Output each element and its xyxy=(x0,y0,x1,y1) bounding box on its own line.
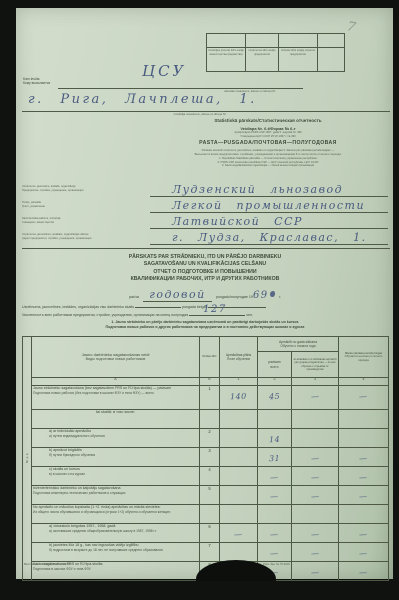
row-sublabel: tai skaitā: в том числе: xyxy=(32,410,200,429)
headcount-block: Uzņēmuma, jaunceltnes, iestādes, organiz… xyxy=(22,303,390,317)
table-row: a) vidusskolu beigušas 1957., 1958. gadā… xyxy=(23,524,389,543)
value-handwriting: — xyxy=(270,549,279,558)
training-table: Nr. p. k. Jauno darbinieku sagatavošanas… xyxy=(22,336,389,581)
table-row: No apmācīto un mācošos kopskaita (1.+2. … xyxy=(23,505,389,524)
table-row: Inženiertehnisko darbinieku un kalpotāju… xyxy=(23,486,389,505)
period-year-handwriting: 69 xyxy=(253,290,269,301)
value-handwriting: — xyxy=(311,568,320,577)
org-field-row: Saimnieciskā padome, ministrijaСовнархоз… xyxy=(22,215,390,231)
value-handwriting: — xyxy=(270,530,279,539)
row-label: No apmācīto un mācošos kopskaita (1.+2. … xyxy=(32,505,200,524)
org-fields: Uzņēmums, jaunceltne, iestāde, organizāc… xyxy=(22,183,390,247)
code-box-label: uzņēmuma šifrs шифр предприятия xyxy=(246,48,278,71)
addressee-handwriting: ЦСУ xyxy=(142,62,186,80)
value-cell: — xyxy=(258,486,292,505)
row-code: 5 xyxy=(200,486,220,505)
code-box-entry-cell xyxy=(246,34,278,48)
value-handwriting: — xyxy=(311,530,320,539)
training-table-wrap: Nr. p. k. Jauno darbinieku sagatavošanas… xyxy=(22,336,388,581)
headcount-lv-a: Uzņēmuma, jaunceltnes, iestādes, organiz… xyxy=(22,305,134,309)
scanned-form-page: { "colors": { "paper": "#c7d4c0", "frame… xyxy=(0,0,399,600)
value-cell xyxy=(220,543,258,562)
headcount-line-ru: Численность всех работников предприятия,… xyxy=(22,311,390,318)
col-letter: 2 xyxy=(258,378,292,386)
address-caption: nosūtītāja nosaukums, adrese un tālruņa … xyxy=(60,113,340,117)
org-field-label: Trests, pārvaldeТрест, управление xyxy=(22,201,154,208)
value-handwriting: — xyxy=(270,473,279,482)
value-cell: 140 xyxy=(220,386,258,410)
value-handwriting: — xyxy=(359,492,368,501)
value-handwriting: — xyxy=(270,492,279,501)
period-mid: pusgadu/полугодие 19 xyxy=(216,295,253,299)
value-handwriting: 45 xyxy=(269,392,280,401)
code-box-entry-cell xyxy=(318,34,344,48)
row-label-ru: б) подростков в возрасте до 18 лет, не п… xyxy=(33,548,198,552)
value-handwriting: — xyxy=(311,454,320,463)
statistical-report-label: Statistiskā pārskats/Статистическая отче… xyxy=(150,118,386,124)
row-label: Inženiertehnisko darbinieku un kalpotāju… xyxy=(32,486,200,505)
footer-print-info: Bezmaksas. al 300034-VI 10 — 10 000 xyxy=(24,563,71,567)
org-field-line: Лудзенский льнозавод xyxy=(150,182,388,197)
col-header-studying-ru: Обучается на конец отчетного периода xyxy=(340,355,387,362)
col-letter: Б xyxy=(200,378,220,386)
org-field-row: Uzņēmums, jaunceltne, iestāde, organizāc… xyxy=(22,183,390,199)
submission-recipient-line: 3. Savai augstākstāvošai organizācijai —… xyxy=(150,164,386,168)
row-label-ru: а) окончивших среднюю общеобразовательну… xyxy=(33,529,198,533)
value-cell xyxy=(292,429,339,448)
address-line xyxy=(22,111,390,112)
code-box-column xyxy=(317,34,344,71)
row-label-ru: Подготовка новых рабочих (без подготовки… xyxy=(33,391,198,395)
table-row: b) jaunietes līdz 18 g., kas nav ieguvuš… xyxy=(23,543,389,562)
value-cell: — xyxy=(339,486,389,505)
value-handwriting: — xyxy=(359,530,368,539)
org-field-row: Uzņēmuma, jaunceltnes, iestādes, organiz… xyxy=(22,231,390,247)
value-cell: — xyxy=(339,543,389,562)
code-box-entry-cell xyxy=(207,34,245,48)
value-handwriting: 31 xyxy=(269,454,280,463)
blank-line xyxy=(135,303,181,308)
value-cell xyxy=(220,467,258,486)
table-row: Jauno strādnieku sagatavošana (bez sagat… xyxy=(23,386,389,410)
org-field-value-handwriting: Лудзенский льнозавод xyxy=(172,183,343,196)
period-handwriting: годовой xyxy=(143,288,211,302)
row-number-column-label: Nr. p. k. xyxy=(25,455,29,463)
row-label: b) apmācot brigādēsб) путем бригадного о… xyxy=(32,448,200,467)
value-cell xyxy=(220,410,258,429)
value-cell: — xyxy=(292,562,339,581)
ink-blot xyxy=(270,291,275,297)
org-field-row: Trests, pārvaldeТрест, управлениеЛегкой … xyxy=(22,199,390,215)
row-label-ru: Подготовка инженерно-технических работни… xyxy=(33,491,198,495)
column-letter-row: А Б 1 2 3 4 xyxy=(23,378,389,386)
col-header-plan: Apmācības plāns План обучения xyxy=(220,337,258,378)
row-label: a) vidusskolu beigušas 1957., 1958. gadā… xyxy=(32,524,200,543)
table-row: b) apmācot brigādēsб) путем бригадного о… xyxy=(23,448,389,467)
code-box-column: nozares šifrs шифр отрасли предприятия xyxy=(278,34,317,71)
org-field-label: Uzņēmuma, jaunceltnes, iestādes, organiz… xyxy=(22,233,154,240)
value-handwriting: — xyxy=(359,392,368,401)
title-lv-2: SAGATAVOŠANU UN KVALIFIKĀCIJAS CELŠANU xyxy=(22,261,388,268)
org-field-value-handwriting: г. Лудза, Краславас, 1. xyxy=(172,231,367,244)
code-box-entry-cell xyxy=(279,34,317,48)
row-label-ru: в) в школах и на курсах xyxy=(33,472,198,476)
col-letter: 1 xyxy=(220,378,258,386)
value-cell: — xyxy=(339,448,389,467)
addressee-line xyxy=(58,88,303,89)
value-handwriting: — xyxy=(311,473,320,482)
value-cell xyxy=(258,410,292,429)
col-letter: 3 xyxy=(292,378,339,386)
org-field-value-handwriting: Латвийской ССР xyxy=(172,215,303,228)
row-label: c) skolās un kursosв) в школах и на курс… xyxy=(32,467,200,486)
value-cell: — xyxy=(339,386,389,410)
table-row: c) skolās un kursosв) в школах и на курс… xyxy=(23,467,389,486)
value-handwriting: — xyxy=(359,568,368,577)
recipient-label: Kam iesūta Кому высылается xyxy=(23,77,50,86)
row-code xyxy=(200,410,220,429)
address-handwriting: г. Рига, Лачплеша, 1. xyxy=(28,92,257,107)
value-cell: — xyxy=(339,562,389,581)
value-handwriting: — xyxy=(311,492,320,501)
value-cell xyxy=(292,410,339,429)
code-box-label: ministrijas (resora) šifrs шифр министер… xyxy=(207,48,245,71)
report-type-line: PASTA—PUSGADA/ПОЧТОВАЯ—ПОЛУГОДОВАЯ xyxy=(150,140,386,147)
row-code: 3 xyxy=(200,448,220,467)
value-cell xyxy=(258,505,292,524)
row-code: 1 xyxy=(200,386,220,410)
value-cell: — xyxy=(292,543,339,562)
org-field-label-ru: Трест, управление xyxy=(22,205,154,209)
period-prefix: par/за xyxy=(129,295,139,299)
title-ru-1: ОТЧЕТ О ПОДГОТОВКЕ И ПОВЫШЕНИИ xyxy=(22,269,388,276)
value-cell xyxy=(339,505,389,524)
section-1-heading: 1. Jauno strādnieku un pārējo darbinieku… xyxy=(22,320,388,329)
org-field-label-ru: Совнархоз, министерство xyxy=(22,221,154,225)
headcount-ru-b: чел, xyxy=(246,313,253,317)
code-box-label: nozares šifrs шифр отрасли предприятия xyxy=(279,48,317,71)
org-field-line: Латвийской ССР xyxy=(150,214,388,229)
row-code xyxy=(200,505,220,524)
period-end: г. xyxy=(279,295,281,299)
row-label: a) ar individuālo apmācībuа) путем индив… xyxy=(32,429,200,448)
value-handwriting: — xyxy=(359,473,368,482)
submission-recipients: 1. Republikas Statistikas pārvaldei — Ст… xyxy=(150,157,386,168)
value-cell: — xyxy=(258,467,292,486)
value-handwriting: — xyxy=(234,530,243,539)
value-cell: — xyxy=(339,524,389,543)
recipient-label-ru: Кому высылается xyxy=(23,81,50,85)
value-cell: — xyxy=(292,524,339,543)
value-handwriting: — xyxy=(311,549,320,558)
col-header-studying: Mācās pārskata perioda beigās Обучается … xyxy=(339,337,389,378)
blank-line: 127 xyxy=(189,311,245,316)
value-cell xyxy=(220,429,258,448)
value-cell xyxy=(292,505,339,524)
row-label-ru: Из общего числа обучившихся и обучающихс… xyxy=(33,510,198,514)
row-number-column: Nr. p. k. xyxy=(23,337,32,581)
col-header-plan-ru: План обучения xyxy=(221,357,256,361)
value-cell: — xyxy=(292,386,339,410)
col-header-row-code: Rindas šifrs xyxy=(200,337,220,378)
org-field-label: Uzņēmums, jaunceltne, iestāde, organizāc… xyxy=(22,185,154,192)
col-header-training-kinds-ru: Виды подготовки новых работников xyxy=(33,357,198,362)
code-box-column: uzņēmuma šifrs шифр предприятия xyxy=(245,34,278,71)
org-field-label-ru: Предприятие, стройка, учреждение, органи… xyxy=(22,189,154,193)
row-label-ru: а) путем индивидуального обучения xyxy=(33,434,198,438)
row-label: Jauno strādnieku sagatavošana (bez sagat… xyxy=(32,386,200,410)
col-letter: 4 xyxy=(339,378,389,386)
report-title: PĀRSKATS PAR STRĀDNIEKU, ITD UN PĀRĒJO D… xyxy=(22,254,388,303)
title-ru-2: КВАЛИФИКАЦИИ РАБОЧИХ, ИТР И ДРУГИХ РАБОТ… xyxy=(22,276,388,283)
value-cell: — xyxy=(220,524,258,543)
table-row: tai skaitā: в том числе: xyxy=(23,410,389,429)
value-cell xyxy=(220,486,258,505)
col-header-training-kinds: Jauno darbinieku sagatavošanas veidi Вид… xyxy=(32,337,200,378)
org-field-line: г. Лудза, Краславас, 1. xyxy=(150,230,388,245)
value-cell: — xyxy=(339,467,389,486)
value-cell: 31 xyxy=(258,448,292,467)
value-cell xyxy=(220,448,258,467)
row-label-ru: б) путем бригадного обучения xyxy=(33,453,198,457)
org-field-line: Легкой промышленности xyxy=(150,198,388,213)
report-meta: Statistiskā pārskats/Статистическая отче… xyxy=(150,118,386,168)
separator-rule xyxy=(22,248,390,249)
code-box-column: ministrijas (resora) šifrs шифр министер… xyxy=(207,34,245,71)
value-cell: — xyxy=(292,467,339,486)
value-cell: — xyxy=(258,524,292,543)
value-cell xyxy=(220,505,258,524)
org-field-label-ru: Адрес предприятия, стройки, учреждения, … xyxy=(22,237,154,241)
value-cell: — xyxy=(258,543,292,562)
row-code: 7 xyxy=(200,543,220,562)
value-cell: — xyxy=(292,448,339,467)
col-group-trained: Apmācīti no gada sākuma Обучено с начала… xyxy=(258,337,339,352)
table-row: a) ar individuālo apmācībuа) путем индив… xyxy=(23,429,389,448)
value-handwriting: — xyxy=(359,454,368,463)
row-label: b) jaunietes līdz 18 g., kas nav ieguvuš… xyxy=(32,543,200,562)
col-header-total-ru: всего xyxy=(259,365,290,369)
approved-line-2: Утверждена ЦСУ СССР 25 VII 1967 г. № 490 xyxy=(150,135,386,139)
row-code: 6 xyxy=(200,524,220,543)
col-header-detached: ar atraušanu no ražošanas apmācīti pēc g… xyxy=(292,352,339,378)
value-cell: 45 xyxy=(258,386,292,410)
table-header-row-1: Nr. p. k. Jauno darbinieku sagatavošanas… xyxy=(23,337,389,352)
row-label-ru: Подготовка в школах ФЗУ и типа ФЗУ xyxy=(33,567,198,571)
value-handwriting: — xyxy=(311,392,320,401)
submission-note-ru: Высылается всеми предприятиями, стройкам… xyxy=(150,153,386,157)
title-lv-1: PĀRSKATS PAR STRĀDNIEKU, ITD UN PĀRĒJO D… xyxy=(22,254,388,261)
org-field-value-handwriting: Легкой промышленности xyxy=(172,199,365,212)
section-1-ru: Подготовка новых рабочих и других работн… xyxy=(22,325,388,330)
value-cell xyxy=(339,429,389,448)
headcount-ru-a: Численность всех работников предприятия,… xyxy=(22,313,188,317)
value-cell: 14 xyxy=(258,429,292,448)
org-field-label: Saimnieciskā padome, ministrijaСовнархоз… xyxy=(22,217,154,224)
value-handwriting: — xyxy=(359,549,368,558)
period-line: par/за годовой pusgadu/полугодие 1969 г. xyxy=(22,285,388,303)
row-code: 4 xyxy=(200,467,220,486)
col-header-total: pavisam всего xyxy=(258,352,292,378)
headcount-value-handwriting: 127 xyxy=(203,303,227,316)
col-letter: А xyxy=(32,378,200,386)
row-code: 2 xyxy=(200,429,220,448)
value-cell xyxy=(339,410,389,429)
value-handwriting: 14 xyxy=(269,435,280,444)
value-cell: — xyxy=(292,486,339,505)
code-box-label xyxy=(318,48,344,71)
col-group-trained-ru: Обучено с начала года xyxy=(259,344,337,348)
value-handwriting: 140 xyxy=(230,392,247,402)
code-box: ministrijas (resora) šifrs шифр министер… xyxy=(206,33,345,72)
